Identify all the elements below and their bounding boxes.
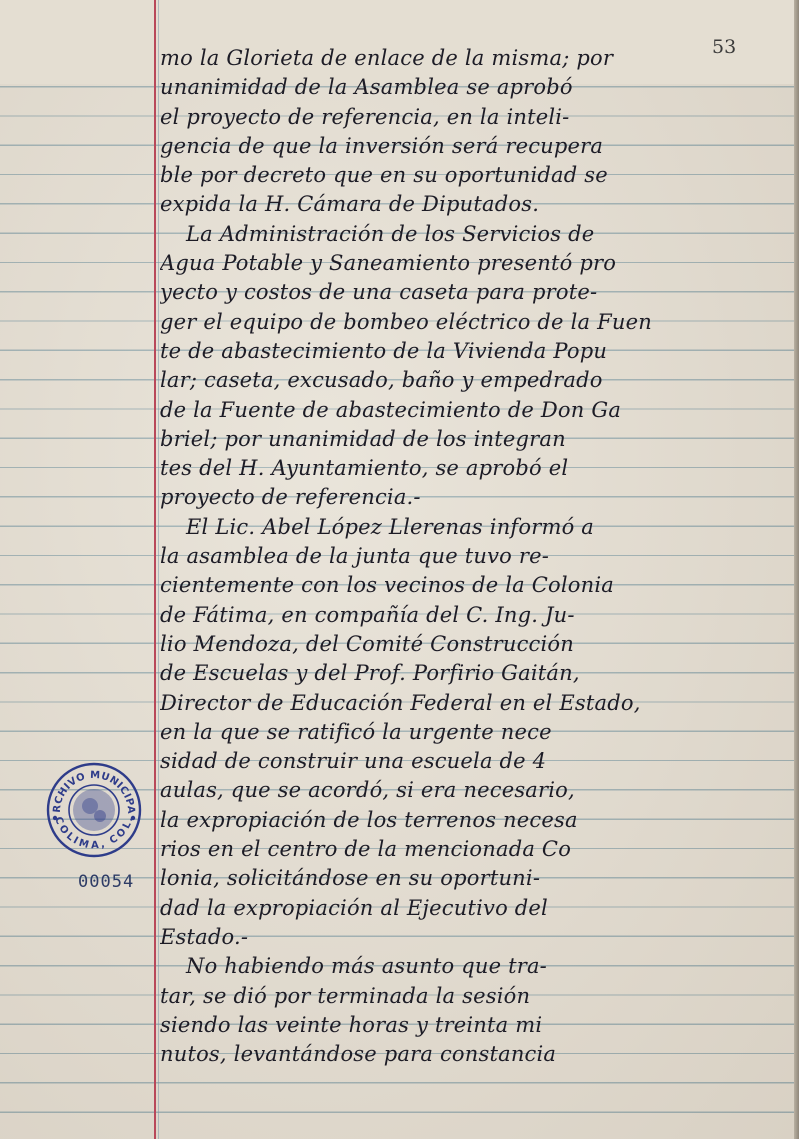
- text-line: la asamblea de la junta que tuvo re-: [160, 542, 790, 571]
- text-line: Estado.-: [160, 923, 790, 952]
- text-line: gencia de que la inversión será recupera: [160, 132, 790, 161]
- text-line: Agua Potable y Saneamiento presentó pro: [160, 249, 790, 278]
- text-line: de Fátima, en compañía del C. Ing. Ju-: [160, 601, 790, 630]
- text-line: siendo las veinte horas y treinta mi: [160, 1011, 790, 1040]
- text-line: ble por decreto que en su oportunidad se: [160, 161, 790, 190]
- text-line: nutos, levantándose para constancia: [160, 1040, 790, 1069]
- red-margin-line: [154, 0, 156, 1139]
- text-line: cientemente con los vecinos de la Coloni…: [160, 571, 790, 600]
- text-line: tes del H. Ayuntamiento, se aprobó el: [160, 454, 790, 483]
- archive-seal-stamp: ARCHIVO MUNICIPAL COLIMA, COL.: [44, 760, 144, 860]
- text-line: el proyecto de referencia, en la inteli-: [160, 103, 790, 132]
- text-line: lar; caseta, excusado, baño y empedrado: [160, 366, 790, 395]
- blue-margin-line: [158, 0, 159, 1139]
- text-line: yecto y costos de una caseta para prote-: [160, 278, 790, 307]
- paragraph-start-line: La Administración de los Servicios de: [160, 220, 790, 249]
- text-line: briel; por unanimidad de los integran: [160, 425, 790, 454]
- text-line: ger el equipo de bombeo eléctrico de la …: [160, 308, 790, 337]
- text-line: lonia, solicitándose en su oportuni-: [160, 864, 790, 893]
- text-line: rios en el centro de la mencionada Co: [160, 835, 790, 864]
- ledger-page: 53 mo la Glorieta de enlace de la misma;…: [0, 0, 799, 1139]
- archive-number: 00054: [78, 872, 134, 892]
- text-line: en la que se ratificó la urgente nece: [160, 718, 790, 747]
- handwritten-minutes: mo la Glorieta de enlace de la misma; po…: [160, 44, 790, 1069]
- text-line: dad la expropiación al Ejecutivo del: [160, 894, 790, 923]
- text-line: de la Fuente de abastecimiento de Don Ga: [160, 396, 790, 425]
- text-line: lio Mendoza, del Comité Construcción: [160, 630, 790, 659]
- text-line: unanimidad de la Asamblea se aprobó: [160, 73, 790, 102]
- text-line: proyecto de referencia.-: [160, 483, 790, 512]
- text-line: sidad de construir una escuela de 4: [160, 747, 790, 776]
- text-line: Director de Educación Federal en el Esta…: [160, 689, 790, 718]
- paragraph-start-line: El Lic. Abel López Llerenas informó a: [160, 513, 790, 542]
- page-edge: [794, 0, 799, 1139]
- text-line: tar, se dió por terminada la sesión: [160, 982, 790, 1011]
- seal-icon: ARCHIVO MUNICIPAL COLIMA, COL.: [44, 760, 144, 860]
- text-line: te de abastecimiento de la Vivienda Popu: [160, 337, 790, 366]
- paragraph-start-line: No habiendo más asunto que tra-: [160, 952, 790, 981]
- text-line: de Escuelas y del Prof. Porfirio Gaitán,: [160, 659, 790, 688]
- text-line: la expropiación de los terrenos necesa: [160, 806, 790, 835]
- text-line: expida la H. Cámara de Diputados.: [160, 190, 790, 219]
- text-line: mo la Glorieta de enlace de la misma; po…: [160, 44, 790, 73]
- text-line: aulas, que se acordó, si era necesario,: [160, 776, 790, 805]
